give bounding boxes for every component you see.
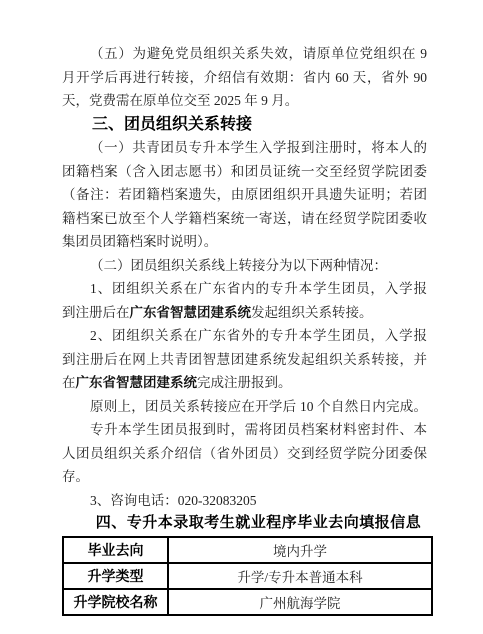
system-name-bold: 广东省智慧团建系统 (76, 375, 198, 390)
text-run: 人团员组织关系介绍信（省外团员）交到经贸学院分团委保 (62, 446, 427, 461)
text-run: 2、团组织关系在广东省外的专升本学生团员，入学报 (90, 328, 427, 343)
text-run: 到注册后在 (62, 305, 130, 320)
cell-label-study-type: 升学类型 (63, 563, 168, 589)
text-run: 天，党费需在原单位交至 2025 年 9 月。 (62, 93, 298, 108)
text-run: （二）团员组织关系线上转接分为以下两种情况： (90, 258, 387, 273)
para-league-archive-line-3: （备注：若团籍档案遗失，由原团组织开具遗失证明；若团 (62, 183, 427, 207)
cell-label-destination: 毕业去向 (63, 537, 168, 563)
heading-text: 三、团员组织关系转接 (92, 116, 252, 133)
para-sealed-archive-line-2: 人团员组织关系介绍信（省外团员）交到经贸学院分团委保 (62, 442, 427, 466)
para-party-transfer-line-1: （五）为避免党员组织关系失效，请原单位党组织在 9 (62, 42, 427, 66)
cell-label-school-name: 升学院校名称 (63, 589, 168, 615)
para-league-archive-line-2: 团籍档案（含入团志愿书）和团员证统一交至经贸学院团委 (62, 160, 427, 184)
text-run: 1、团组织关系在广东省内的专升本学生团员，入学报 (90, 281, 427, 296)
para-case1-line-2: 到注册后在广东省智慧团建系统发起组织关系转接。 (62, 301, 427, 325)
text-run: 原则上，团员关系转接应在开学后 10 个自然日内完成。 (90, 399, 427, 414)
table-row-destination: 毕业去向 境内升学 (63, 537, 432, 563)
text-run: 完成注册报到。 (197, 375, 292, 390)
cell-value-school-name: 广州航海学院 (168, 589, 432, 615)
para-league-archive-line-4: 籍档案已放至个人学籍档案统一寄送，请在经贸学院团委收 (62, 207, 427, 231)
table-row-study-type: 升学类型 升学/专升本普通本科 (63, 563, 432, 589)
text-run: 发起组织关系转接。 (251, 305, 373, 320)
destination-table: 毕业去向 境内升学 升学类型 升学/专升本普通本科 升学院校名称 广州航海学院 (62, 536, 433, 616)
document-page: （五）为避免党员组织关系失效，请原单位党组织在 9 月开学后再进行转接，介绍信有… (0, 0, 483, 634)
para-party-transfer-line-3: 天，党费需在原单位交至 2025 年 9 月。 (62, 89, 427, 113)
text-run: （一）共青团员专升本学生入学报到注册时，将本人的 (90, 140, 427, 155)
text-run: （备注：若团籍档案遗失，由原团组织开具遗失证明；若团 (62, 187, 427, 202)
para-sealed-archive-line-1: 专升本学生团员报到时，需将团员档案材料密封件、本 (62, 418, 427, 442)
para-league-archive-line-1: （一）共青团员专升本学生入学报到注册时，将本人的 (62, 136, 427, 160)
text-run: （五）为避免党员组织关系失效，请原单位党组织在 9 (90, 46, 427, 61)
heading-league-transfer: 三、团员组织关系转接 (62, 113, 427, 137)
para-phone-number: 3、咨询电话：020-32083205 (62, 489, 427, 513)
text-run: 在 (62, 375, 76, 390)
text-run: 集团员团籍档案时说明）。 (62, 234, 217, 249)
text-run: 籍档案已放至个人学籍档案统一寄送，请在经贸学院团委收 (62, 211, 427, 226)
para-deadline: 原则上，团员关系转接应在开学后 10 个自然日内完成。 (62, 395, 427, 419)
para-case2-line-3: 在广东省智慧团建系统完成注册报到。 (62, 371, 427, 395)
heading-text: 四、专升本录取考生就业程序毕业去向填报信息 (96, 515, 422, 531)
heading-graduation-destination: 四、专升本录取考生就业程序毕业去向填报信息 (62, 512, 427, 536)
para-party-transfer-line-2: 月开学后再进行转接，介绍信有效期：省内 60 天，省外 90 (62, 66, 427, 90)
document-content: （五）为避免党员组织关系失效，请原单位党组织在 9 月开学后再进行转接，介绍信有… (62, 42, 427, 616)
text-run: 团籍档案（含入团志愿书）和团员证统一交至经贸学院团委 (62, 164, 427, 179)
para-case1-line-1: 1、团组织关系在广东省内的专升本学生团员，入学报 (62, 277, 427, 301)
text-run: 专升本学生团员报到时，需将团员档案材料密封件、本 (90, 422, 427, 437)
text-run: 月开学后再进行转接，介绍信有效期：省内 60 天，省外 90 (62, 70, 427, 85)
table-row-school-name: 升学院校名称 广州航海学院 (63, 589, 432, 615)
para-online-transfer-intro: （二）团员组织关系线上转接分为以下两种情况： (62, 254, 427, 278)
cell-value-study-type: 升学/专升本普通本科 (168, 563, 432, 589)
para-case2-line-1: 2、团组织关系在广东省外的专升本学生团员，入学报 (62, 324, 427, 348)
cell-value-destination: 境内升学 (168, 537, 432, 563)
text-run: 到注册后在网上共青团智慧团建系统发起组织关系转接，并 (62, 352, 427, 367)
para-league-archive-line-5: 集团员团籍档案时说明）。 (62, 230, 427, 254)
system-name-bold: 广东省智慧团建系统 (130, 305, 252, 320)
text-run: 存。 (62, 469, 89, 484)
para-sealed-archive-line-3: 存。 (62, 465, 427, 489)
phone-text: 3、咨询电话：020-32083205 (90, 493, 257, 508)
para-case2-line-2: 到注册后在网上共青团智慧团建系统发起组织关系转接，并 (62, 348, 427, 372)
